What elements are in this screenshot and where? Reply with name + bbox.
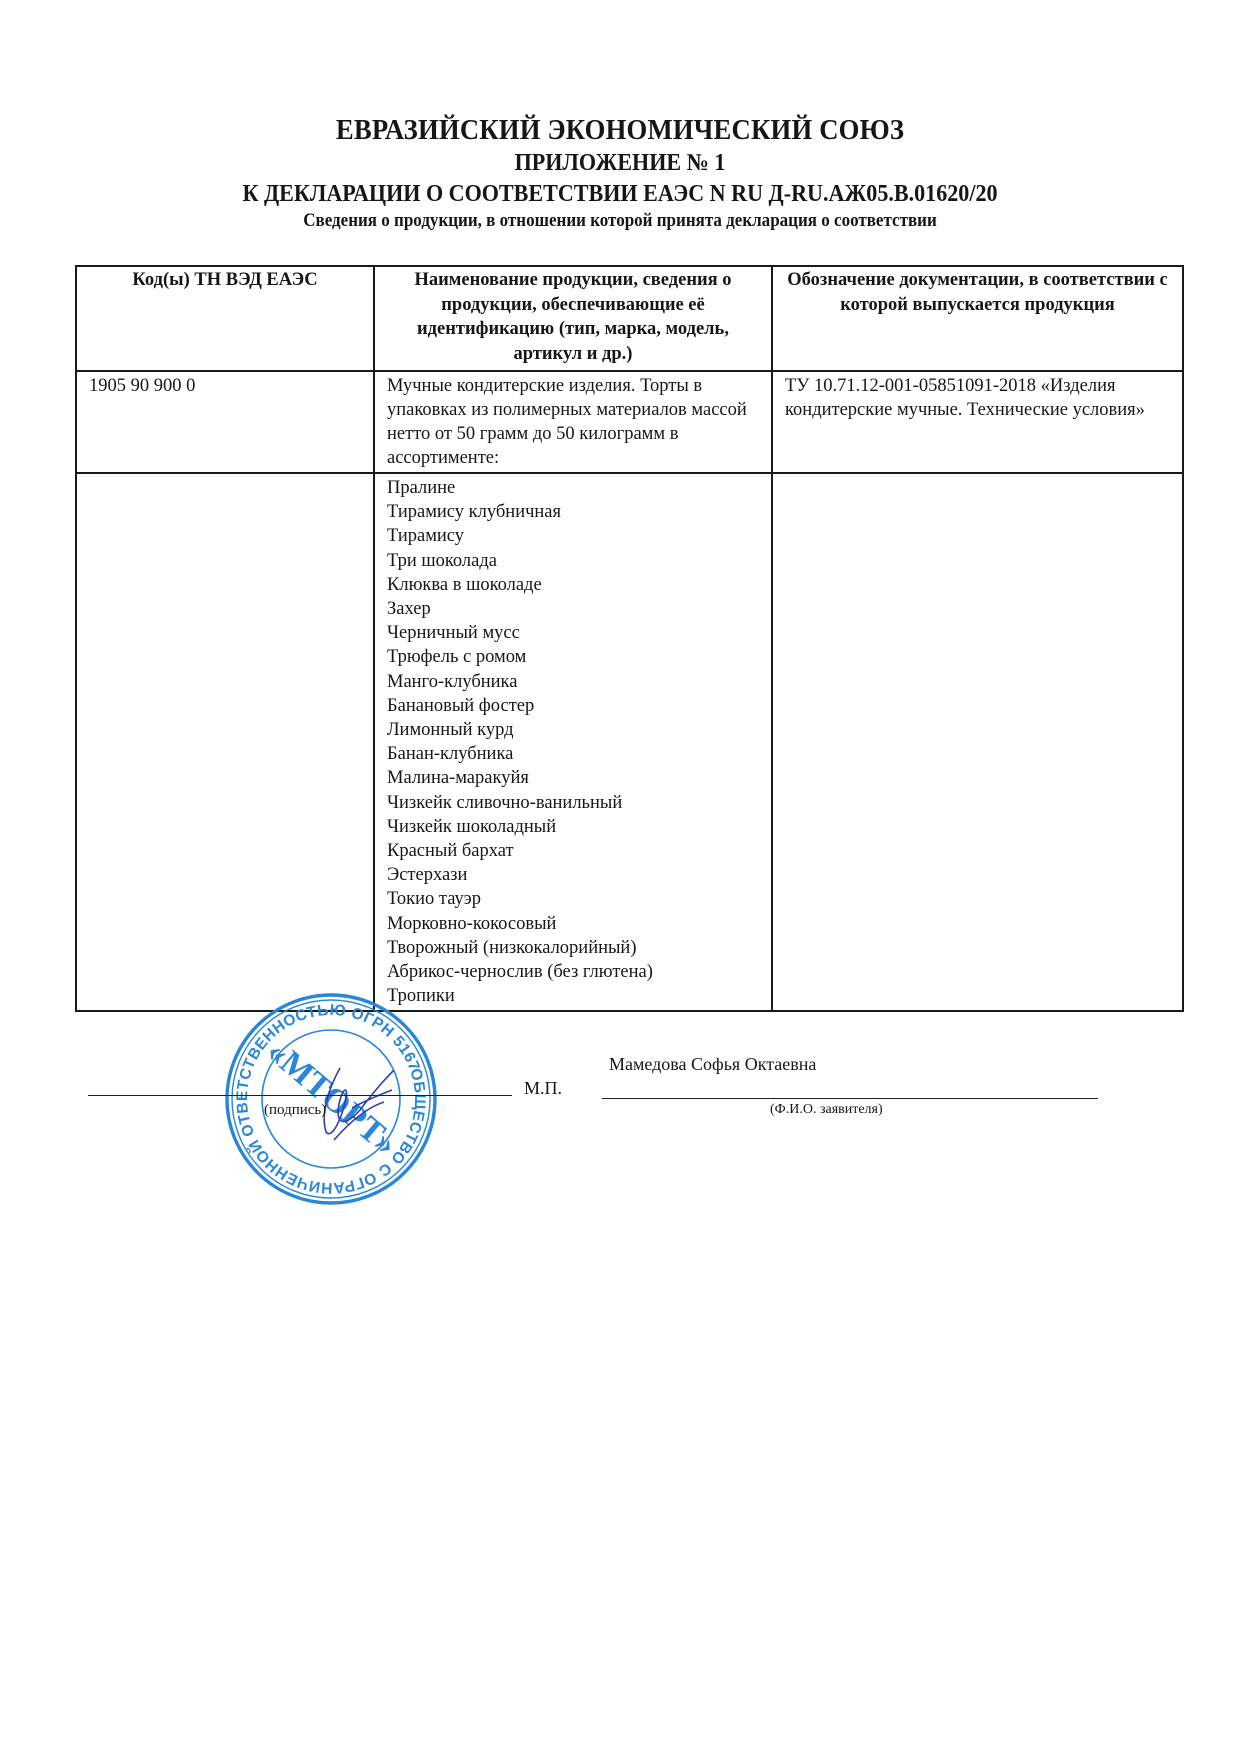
- applicant-caption: (Ф.И.О. заявителя): [770, 1102, 883, 1118]
- assortment-item: Банан-клубника: [387, 742, 761, 766]
- assortment-item: Клюква в шоколаде: [387, 573, 761, 597]
- assortment-item: Банановый фостер: [387, 694, 761, 718]
- signature-caption: (подпись): [264, 1102, 326, 1119]
- assortment-list: ПралинеТирамису клубничнаяТирамисуТри шо…: [374, 473, 772, 1011]
- assortment-item: Черничный мусс: [387, 621, 761, 645]
- column-header-documentation: Обозначение документации, в соответствии…: [772, 266, 1183, 371]
- table-row: 1905 90 900 0 Мучные кондитерские издели…: [76, 371, 1183, 473]
- appendix-title: ПРИЛОЖЕНИЕ № 1: [50, 148, 1191, 178]
- assortment-item: Чизкейк шоколадный: [387, 815, 761, 839]
- assortment-item: Тропики: [387, 984, 761, 1008]
- assortment-item: Красный бархат: [387, 839, 761, 863]
- assortment-item: Пралине: [387, 476, 761, 500]
- assortment-item: Малина-маракуйя: [387, 766, 761, 790]
- documentation-cell: ТУ 10.71.12-001-05851091-2018 «Изделия к…: [772, 371, 1183, 473]
- assortment-item: Абрикос-чернослив (без глютена): [387, 960, 761, 984]
- assortment-item: Эстерхази: [387, 863, 761, 887]
- table-row: ПралинеТирамису клубничнаяТирамисуТри шо…: [76, 473, 1183, 1011]
- assortment-item: Тирамису: [387, 524, 761, 548]
- assortment-item: Морковно-кокосовый: [387, 912, 761, 936]
- assortment-item: Творожный (низкокалорийный): [387, 936, 761, 960]
- company-seal: ОБЩЕСТВО С ОГРАНИЧЕННОЙ ОТВЕТСТВЕННОСТЬЮ…: [222, 990, 440, 1208]
- applicant-name-line: [602, 1098, 1098, 1099]
- assortment-item: Три шоколада: [387, 549, 761, 573]
- document-header: ЕВРАЗИЙСКИЙ ЭКОНОМИЧЕСКИЙ СОЮЗ ПРИЛОЖЕНИ…: [0, 112, 1240, 232]
- seal-place-label: М.П.: [524, 1078, 562, 1099]
- assortment-item: Трюфель с ромом: [387, 645, 761, 669]
- assortment-item: Лимонный курд: [387, 718, 761, 742]
- applicant-name: Мамедова Софья Октаевна: [609, 1054, 816, 1075]
- column-header-name: Наименование продукции, сведения о проду…: [374, 266, 772, 371]
- hs-code-cell: 1905 90 900 0: [76, 371, 374, 473]
- signature-line: [88, 1095, 512, 1096]
- assortment-item: Токио тауэр: [387, 887, 761, 911]
- product-name-cell: Мучные кондитерские изделия. Торты в упа…: [374, 371, 772, 473]
- table-header-row: Код(ы) ТН ВЭД ЕАЭС Наименование продукци…: [76, 266, 1183, 371]
- assortment-item: Манго-клубника: [387, 670, 761, 694]
- empty-code-cell: [76, 473, 374, 1011]
- assortment-item: Тирамису клубничная: [387, 500, 761, 524]
- assortment-item: Захер: [387, 597, 761, 621]
- assortment-item: Чизкейк сливочно-ванильный: [387, 791, 761, 815]
- product-table: Код(ы) ТН ВЭД ЕАЭС Наименование продукци…: [75, 265, 1184, 1012]
- declaration-number: К ДЕКЛАРАЦИИ О СООТВЕТСТВИИ ЕАЭС N RU Д-…: [50, 178, 1191, 210]
- empty-documentation-cell: [772, 473, 1183, 1011]
- document-subtitle: Сведения о продукции, в отношении которо…: [50, 210, 1191, 232]
- union-title: ЕВРАЗИЙСКИЙ ЭКОНОМИЧЕСКИЙ СОЮЗ: [50, 112, 1191, 148]
- column-header-code: Код(ы) ТН ВЭД ЕАЭС: [76, 266, 374, 371]
